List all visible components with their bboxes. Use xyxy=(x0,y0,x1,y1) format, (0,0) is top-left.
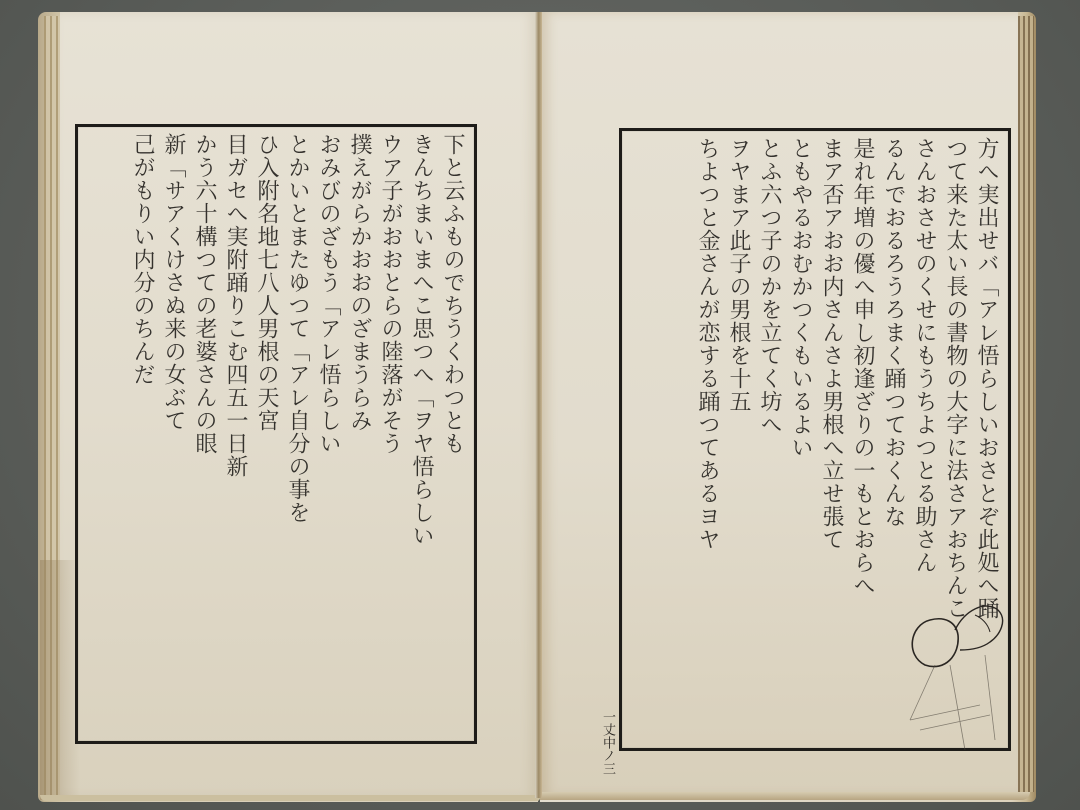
text-column: 下と云ふものでちうくわつとも xyxy=(437,133,468,735)
right-page-edges xyxy=(1018,16,1034,792)
text-column: 己がもりい内分のちんだ xyxy=(127,133,158,735)
book-gutter xyxy=(535,12,542,798)
text-column: ともやるおむかつくもいるよい xyxy=(785,137,816,742)
text-column: ちよつと金さんが恋する踊つてあるヨヤ xyxy=(692,137,723,742)
ink-sketch-illustration xyxy=(890,580,1020,760)
open-book: 下と云ふものでちうくわつとも きんちまいまへこ思つへ「ヲヤ悟らしい ウア子がおお… xyxy=(0,0,1080,810)
text-column: 是れ年増の優へ申し初逢ざりの一もとおらへ xyxy=(847,137,878,742)
left-text-frame: 下と云ふものでちうくわつとも きんちまいまへこ思つへ「ヲヤ悟らしい ウア子がおお… xyxy=(75,124,477,744)
folio-page-number: 一丈中ノ三 xyxy=(598,710,617,775)
text-column: とふ六つ子のかを立てく坊へ xyxy=(754,137,785,742)
text-column: 目ガセへ実附踊りこむ四五一日新 xyxy=(220,133,251,735)
text-column: まア否アおお内さんさよ男根へ立せ張て xyxy=(816,137,847,742)
text-column: ひ入附名地七八人男根の天宮 xyxy=(251,133,282,735)
text-column: かう六十構つての老婆さんの眼 xyxy=(189,133,220,735)
text-column: ヲヤまア此子の男根を十五 xyxy=(723,137,754,742)
text-column: 撲えがらかおおのざまうらみ xyxy=(344,133,375,735)
text-column: きんちまいまへこ思つへ「ヲヤ悟らしい xyxy=(406,133,437,735)
paper-stain xyxy=(40,560,80,800)
text-column: おみびのざもう「アレ悟らしい xyxy=(313,133,344,735)
left-bottom-edge xyxy=(40,795,540,801)
left-text-columns: 下と云ふものでちうくわつとも きんちまいまへこ思つへ「ヲヤ悟らしい ウア子がおお… xyxy=(84,133,468,735)
right-bottom-edge xyxy=(540,792,1030,800)
text-column: ウア子がおおとらの陸落がそう xyxy=(375,133,406,735)
text-column: とかいとまたゆつて「アレ自分の事を xyxy=(282,133,313,735)
text-column: 新「サアくけさぬ来の女ぶて xyxy=(158,133,189,735)
